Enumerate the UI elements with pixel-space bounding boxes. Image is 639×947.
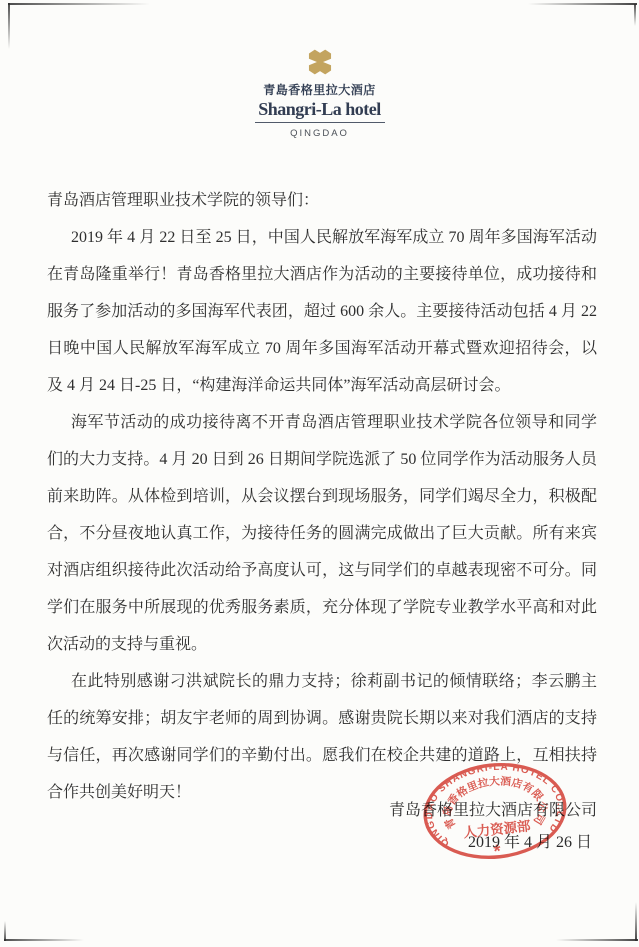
scan-edge-bottom-right-horizontal xyxy=(556,939,638,941)
scanned-letter-page: 青島香格里拉大酒店 Shangri-La hotel QINGDAO 青岛酒店管… xyxy=(0,0,639,947)
letterhead: 青島香格里拉大酒店 Shangri-La hotel QINGDAO xyxy=(0,46,639,140)
letter-body: 青岛酒店管理职业技术学院的领导们： 2019 年 4 月 22 日至 25 日，… xyxy=(47,182,597,811)
hotel-wordmark: Shangri-La hotel xyxy=(0,100,639,119)
scan-edge-top-right-horizontal xyxy=(528,3,637,5)
shangri-la-emblem-icon xyxy=(307,46,333,78)
scan-edge-top-right-vertical xyxy=(634,4,636,26)
letterhead-divider xyxy=(255,122,385,123)
hotel-city: QINGDAO xyxy=(0,128,639,140)
paragraph-2: 海军节活动的成功接待离不开青岛酒店管理职业技术学院各位领导和同学们的大力支持。4… xyxy=(47,404,597,663)
scan-edge-top-left-horizontal xyxy=(8,3,150,5)
stamp-department: 人力资源部 xyxy=(462,817,531,840)
scan-edge-bottom-right-vertical xyxy=(635,902,637,941)
paragraph-1: 2019 年 4 月 22 日至 25 日，中国人民解放军海军成立 70 周年多… xyxy=(47,219,597,404)
stamp-star: * xyxy=(493,841,502,862)
scan-edge-top-left-vertical xyxy=(8,3,10,49)
hotel-chinese-name: 青島香格里拉大酒店 xyxy=(0,84,639,97)
scan-edge-bottom-left-vertical xyxy=(4,921,6,941)
company-seal-stamp: QINGDAO SHANGRI-LA HOTEL CO.,LTD 青岛香格里拉大… xyxy=(392,723,597,898)
salutation: 青岛酒店管理职业技术学院的领导们： xyxy=(47,182,597,219)
scan-edge-bottom-left-horizontal xyxy=(4,939,84,941)
